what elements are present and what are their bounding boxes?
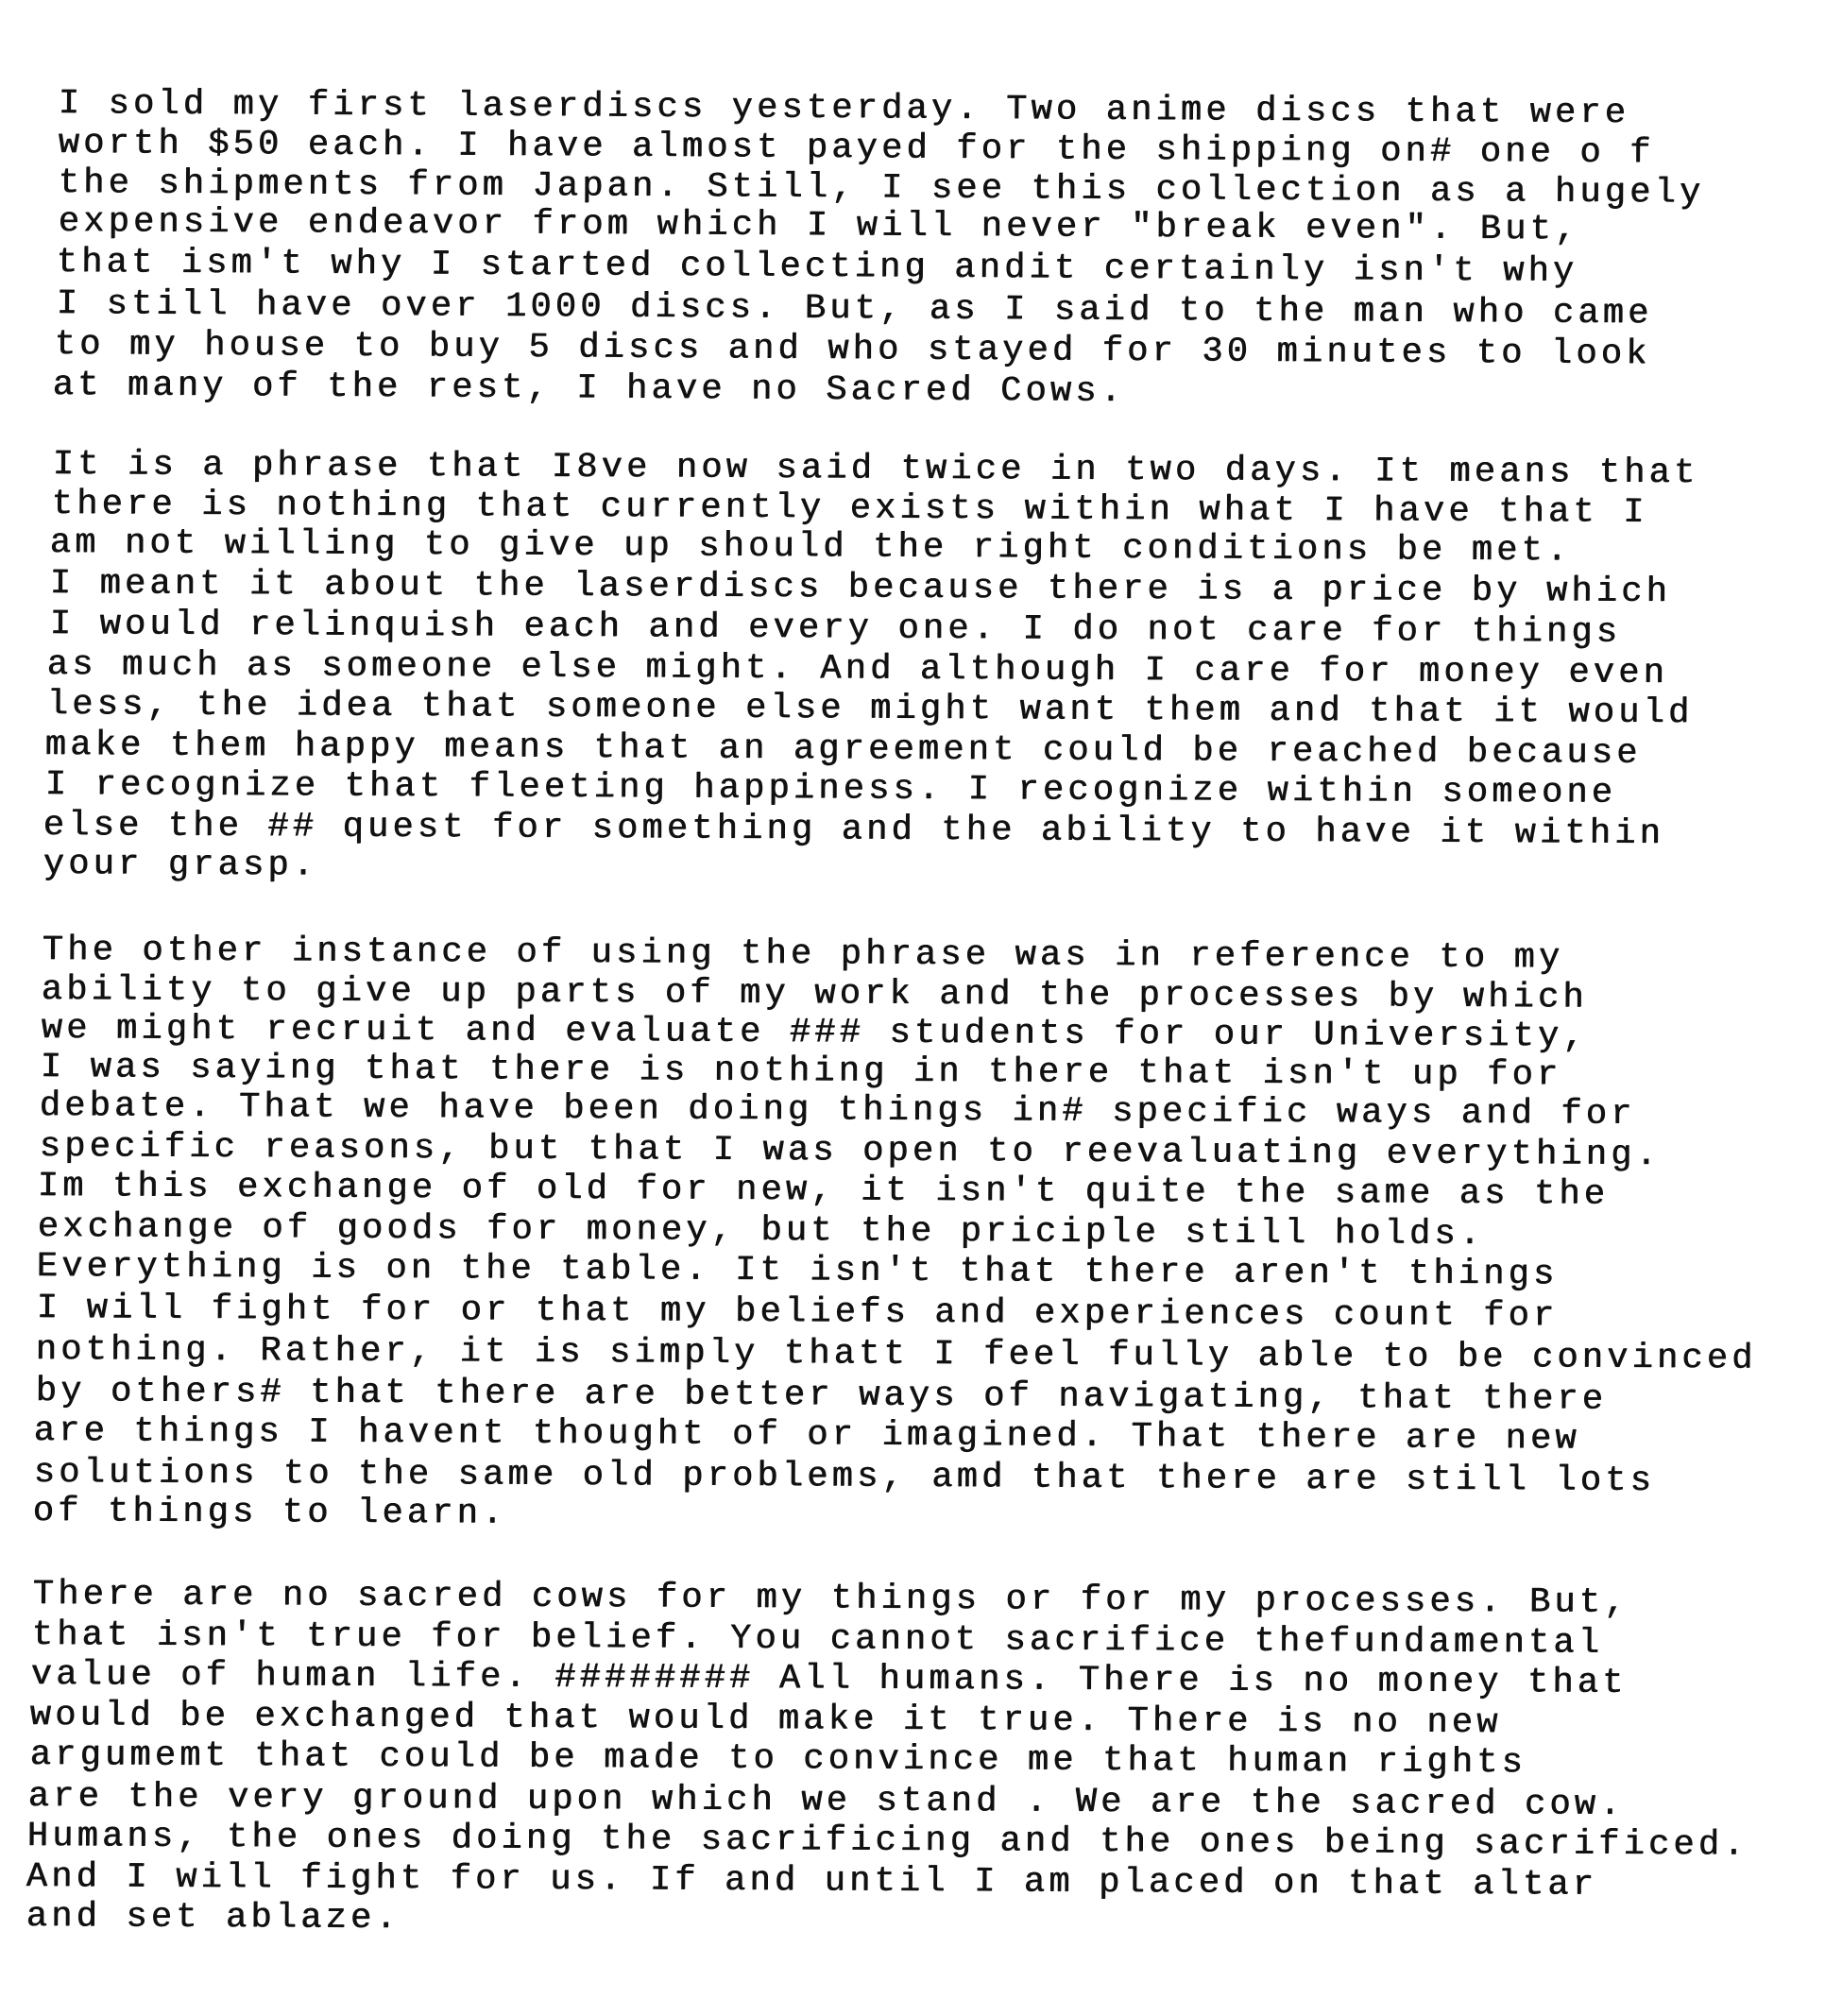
text-line: less, the idea that someone else might w…: [47, 688, 1694, 731]
text-line: exchange of goods for money, but the pri…: [38, 1210, 1485, 1253]
text-line: and set ablaze.: [26, 1900, 401, 1937]
text-line: are things I havent thought of or imagin…: [34, 1414, 1580, 1458]
text-line: that ism't why I started collecting andi…: [57, 246, 1578, 290]
text-line: I would relinquish each and every one. I…: [50, 607, 1622, 651]
text-line: Humans, the ones doing the sacrificing a…: [27, 1820, 1748, 1864]
text-line: value of human life. ######## All humans…: [31, 1658, 1628, 1701]
text-line: I recognize that fleeting happiness. I r…: [45, 768, 1617, 812]
text-line: nothing. Rather, it is simply thatt I fe…: [36, 1333, 1757, 1377]
text-line: I meant it about the laserdiscs because …: [50, 567, 1671, 610]
text-line: are the very ground upon which we stand …: [28, 1780, 1625, 1823]
text-line: And I will fight for us. If and until I …: [26, 1860, 1598, 1904]
text-line: Im this exchange of old for new, it isn'…: [38, 1170, 1610, 1213]
typewritten-page: I sold my first laserdiscs yesterday. Tw…: [0, 0, 1825, 2016]
text-line: am not willing to give up should the rig…: [50, 526, 1572, 569]
text-line: The other instance of using the phrase w…: [43, 933, 1564, 976]
text-line: as much as someone else might. And altho…: [47, 648, 1668, 692]
text-line: I still have over 1000 discs. But, as I …: [57, 287, 1653, 332]
text-line: make them happy means that an agreement …: [45, 728, 1642, 772]
text-line: by others# that there are better ways of…: [36, 1375, 1608, 1418]
text-line: of things to learn.: [33, 1495, 507, 1532]
text-line: to my house to buy 5 discs and who staye…: [55, 328, 1651, 372]
text-line: Everything is on the table. It isn't tha…: [37, 1250, 1559, 1292]
text-line: your grasp.: [43, 847, 318, 884]
text-line: argumemt that could be made to convince …: [30, 1738, 1527, 1781]
text-line: There are no sacred cows for my things o…: [33, 1578, 1629, 1621]
text-line: specific reasons, but that I was open to…: [40, 1130, 1661, 1173]
text-line: I will fight for or that my beliefs and …: [37, 1291, 1559, 1334]
text-line: It is a phrase that I8ve now said twice …: [53, 448, 1699, 491]
text-line: that isn't true for belief. You cannot s…: [32, 1618, 1604, 1662]
text-line: at many of the rest, I have no Sacred Co…: [53, 368, 1126, 410]
text-line: expensive endeavor from which I will nev…: [59, 205, 1580, 248]
text-line: would be exchanged that would make it tr…: [30, 1699, 1502, 1741]
text-line: debate. That we have been doing things i…: [40, 1089, 1636, 1133]
